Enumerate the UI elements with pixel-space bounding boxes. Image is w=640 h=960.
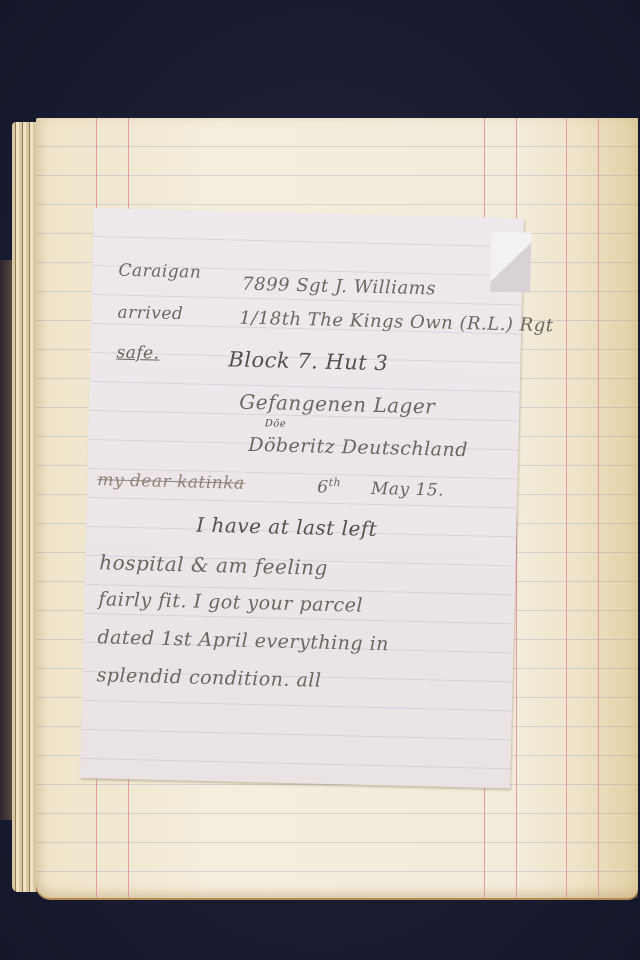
body-line: fairly fit. I got your parcel [98, 588, 363, 616]
date-ordinal: th [329, 476, 342, 489]
margin-note-line1: Caraigan [118, 261, 201, 283]
body-line: hospital & am feeling [99, 550, 328, 580]
body-line: splendid condition. all [96, 664, 321, 691]
body-line: dated 1st April everything in [97, 626, 389, 655]
address-line1: 7899 Sgt J. Williams [242, 274, 436, 300]
address-line2: 1/18th The Kings Own (R.L.) Rgt [239, 308, 554, 337]
body-line: I have at last left [196, 513, 378, 541]
address-insert: Döe [265, 418, 287, 430]
age-stain [578, 118, 638, 898]
address-line3: Block 7. Hut 3 [228, 347, 389, 375]
struck-salutation: my dear katinka [97, 470, 245, 494]
folded-corner [490, 232, 531, 293]
address-line4: Gefangenen Lager [239, 390, 436, 419]
date-line: 6th May 15. [317, 476, 444, 501]
date-day: 6 [317, 477, 329, 497]
pasted-letter: Caraigan arrived safe. 7899 Sgt J. Willi… [80, 208, 524, 788]
margin-note-line2: arrived [117, 303, 183, 325]
column-rule [566, 118, 567, 898]
margin-note-line3: safe. [116, 343, 160, 364]
date-month-year: May 15. [371, 479, 445, 501]
address-line5: Döberitz Deutschland [248, 434, 468, 461]
